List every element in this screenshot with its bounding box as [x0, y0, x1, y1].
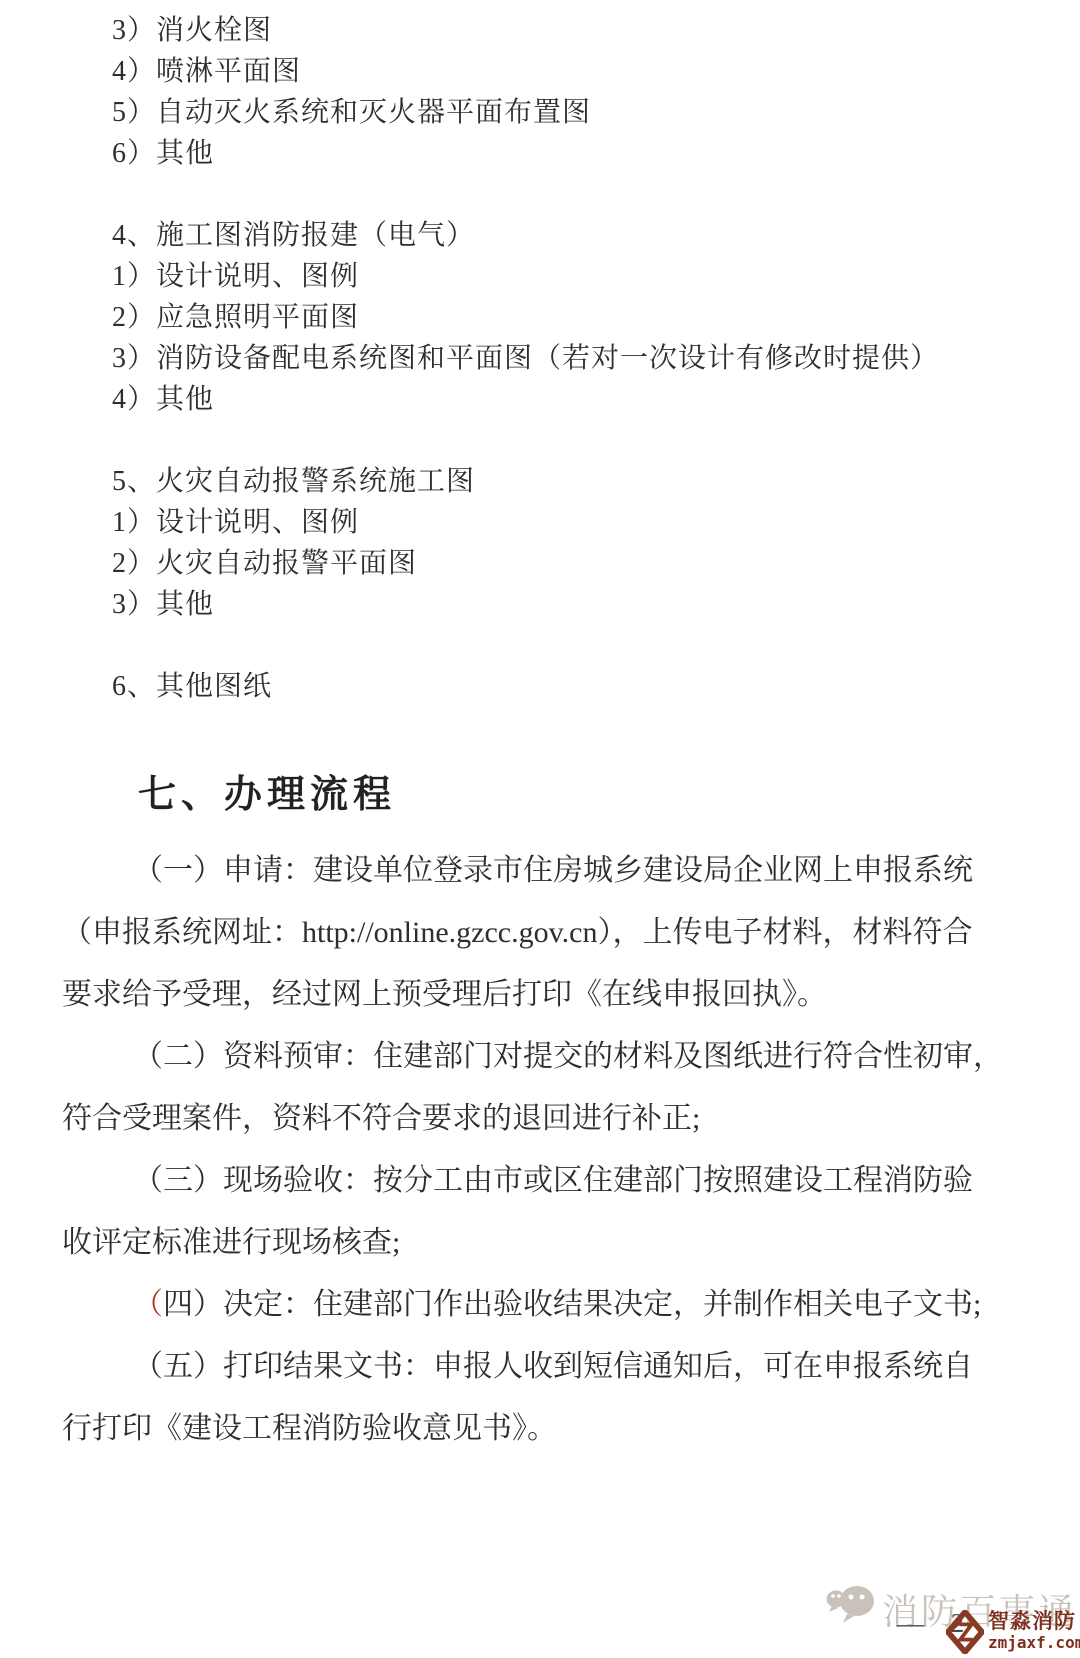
brand-logo-text: 智淼消防 zmjaxf.com [988, 1610, 1080, 1652]
wechat-icon [826, 1583, 876, 1636]
paragraph-line: （四）决定：住建部门作出验收结果决定，并制作相关电子文书; [62, 1274, 1020, 1336]
list-item: 3）其他 [112, 584, 1040, 625]
procedure-paragraphs: （一）申请：建设单位登录市住房城乡建设局企业网上申报系统 （申报系统网址：htt… [62, 840, 1020, 1460]
list-item: 4）喷淋平面图 [112, 51, 1040, 92]
paragraph-text: 符合受理案件，资料不符合要求的退回进行补正; [62, 1102, 700, 1135]
list-block-other-drawings: 6、其他图纸 [112, 666, 1040, 707]
list-item: 3）消防设备配电系统图和平面图（若对一次设计有修改时提供） [112, 338, 1040, 379]
list-item: 2）应急照明平面图 [112, 297, 1040, 338]
paragraph-application: （一）申请：建设单位登录市住房城乡建设局企业网上申报系统 （申报系统网址：htt… [62, 840, 1020, 1026]
paragraph-text: （三）现场验收：按分工由市或区住建部门按照建设工程消防验 [133, 1164, 973, 1197]
paragraph-text: 收评定标准进行现场核查; [62, 1226, 400, 1259]
paragraph-text: 四）决定：住建部门作出验收结果决定，并制作相关电子文书; [163, 1288, 981, 1321]
paragraph-line: 要求给予受理，经过网上预受理后打印《在线申报回执》。 [62, 964, 1020, 1026]
drawing-lists: 3）消火栓图 4）喷淋平面图 5）自动灭火系统和灭火器平面布置图 6）其他 4、… [112, 10, 1040, 748]
paragraph-line: （申报系统网址：http://online.gzcc.gov.cn），上传电子材… [62, 902, 1020, 964]
paragraph-text: （五）打印结果文书：申报人收到短信通知后，可在申报系统自 [133, 1350, 973, 1383]
paragraph-text: （二）资料预审：住建部门对提交的材料及图纸进行符合性初审， [133, 1040, 1003, 1073]
list-item: 3）消火栓图 [112, 10, 1040, 51]
brand-name: 智淼消防 [988, 1610, 1080, 1634]
list-item: 2）火灾自动报警平面图 [112, 543, 1040, 584]
list-item: 5）自动灭火系统和灭火器平面布置图 [112, 92, 1040, 133]
list-item: 4）其他 [112, 379, 1040, 420]
paragraph-site-acceptance: （三）现场验收：按分工由市或区住建部门按照建设工程消防验 收评定标准进行现场核查… [62, 1150, 1020, 1274]
paragraph-line: 行打印《建设工程消防验收意见书》。 [62, 1398, 1020, 1460]
paragraph-text: 要求给予受理，经过网上预受理后打印《在线申报回执》。 [62, 978, 827, 1011]
paragraph-line: （三）现场验收：按分工由市或区住建部门按照建设工程消防验 [62, 1150, 1020, 1212]
paragraph-text: 行打印《建设工程消防验收意见书》。 [62, 1412, 557, 1445]
list-item: 1）设计说明、图例 [112, 502, 1040, 543]
diamond-lightning-icon [946, 1610, 984, 1658]
paragraph-line: （一）申请：建设单位登录市住房城乡建设局企业网上申报系统 [62, 840, 1020, 902]
list-block-electrical: 4、施工图消防报建（电气） 1）设计说明、图例 2）应急照明平面图 3）消防设备… [112, 215, 1040, 420]
paragraph-line: （五）打印结果文书：申报人收到短信通知后，可在申报系统自 [62, 1336, 1020, 1398]
list-block-plumbing: 3）消火栓图 4）喷淋平面图 5）自动灭火系统和灭火器平面布置图 6）其他 [112, 10, 1040, 174]
paragraph-text: （申报系统网址：http://online.gzcc.gov.cn），上传电子材… [62, 916, 972, 949]
paragraph-line: 收评定标准进行现场核查; [62, 1212, 1020, 1274]
section-heading: 七、办理流程 [138, 763, 396, 818]
brand-domain: zmjaxf.com [988, 1634, 1080, 1652]
list-block-fire-alarm: 5、火灾自动报警系统施工图 1）设计说明、图例 2）火灾自动报警平面图 3）其他 [112, 461, 1040, 625]
paragraph-material-review: （二）资料预审：住建部门对提交的材料及图纸进行符合性初审， 符合受理案件，资料不… [62, 1026, 1020, 1150]
red-parenthesis: （ [133, 1288, 163, 1321]
scanned-document-page: 3）消火栓图 4）喷淋平面图 5）自动灭火系统和灭火器平面布置图 6）其他 4、… [0, 0, 1080, 1658]
paragraph-text: （一）申请：建设单位登录市住房城乡建设局企业网上申报系统 [133, 854, 973, 887]
paragraph-decision: （四）决定：住建部门作出验收结果决定，并制作相关电子文书; [62, 1274, 1020, 1336]
list-item: 6）其他 [112, 133, 1040, 174]
list-item: 4、施工图消防报建（电气） [112, 215, 1040, 256]
paragraph-print-result: （五）打印结果文书：申报人收到短信通知后，可在申报系统自 行打印《建设工程消防验… [62, 1336, 1020, 1460]
brand-logo: 智淼消防 zmjaxf.com [946, 1610, 1080, 1658]
paragraph-line: 符合受理案件，资料不符合要求的退回进行补正; [62, 1088, 1020, 1150]
list-item: 6、其他图纸 [112, 666, 1040, 707]
paragraph-line: （二）资料预审：住建部门对提交的材料及图纸进行符合性初审， [62, 1026, 1020, 1088]
list-item: 5、火灾自动报警系统施工图 [112, 461, 1040, 502]
list-item: 1）设计说明、图例 [112, 256, 1040, 297]
